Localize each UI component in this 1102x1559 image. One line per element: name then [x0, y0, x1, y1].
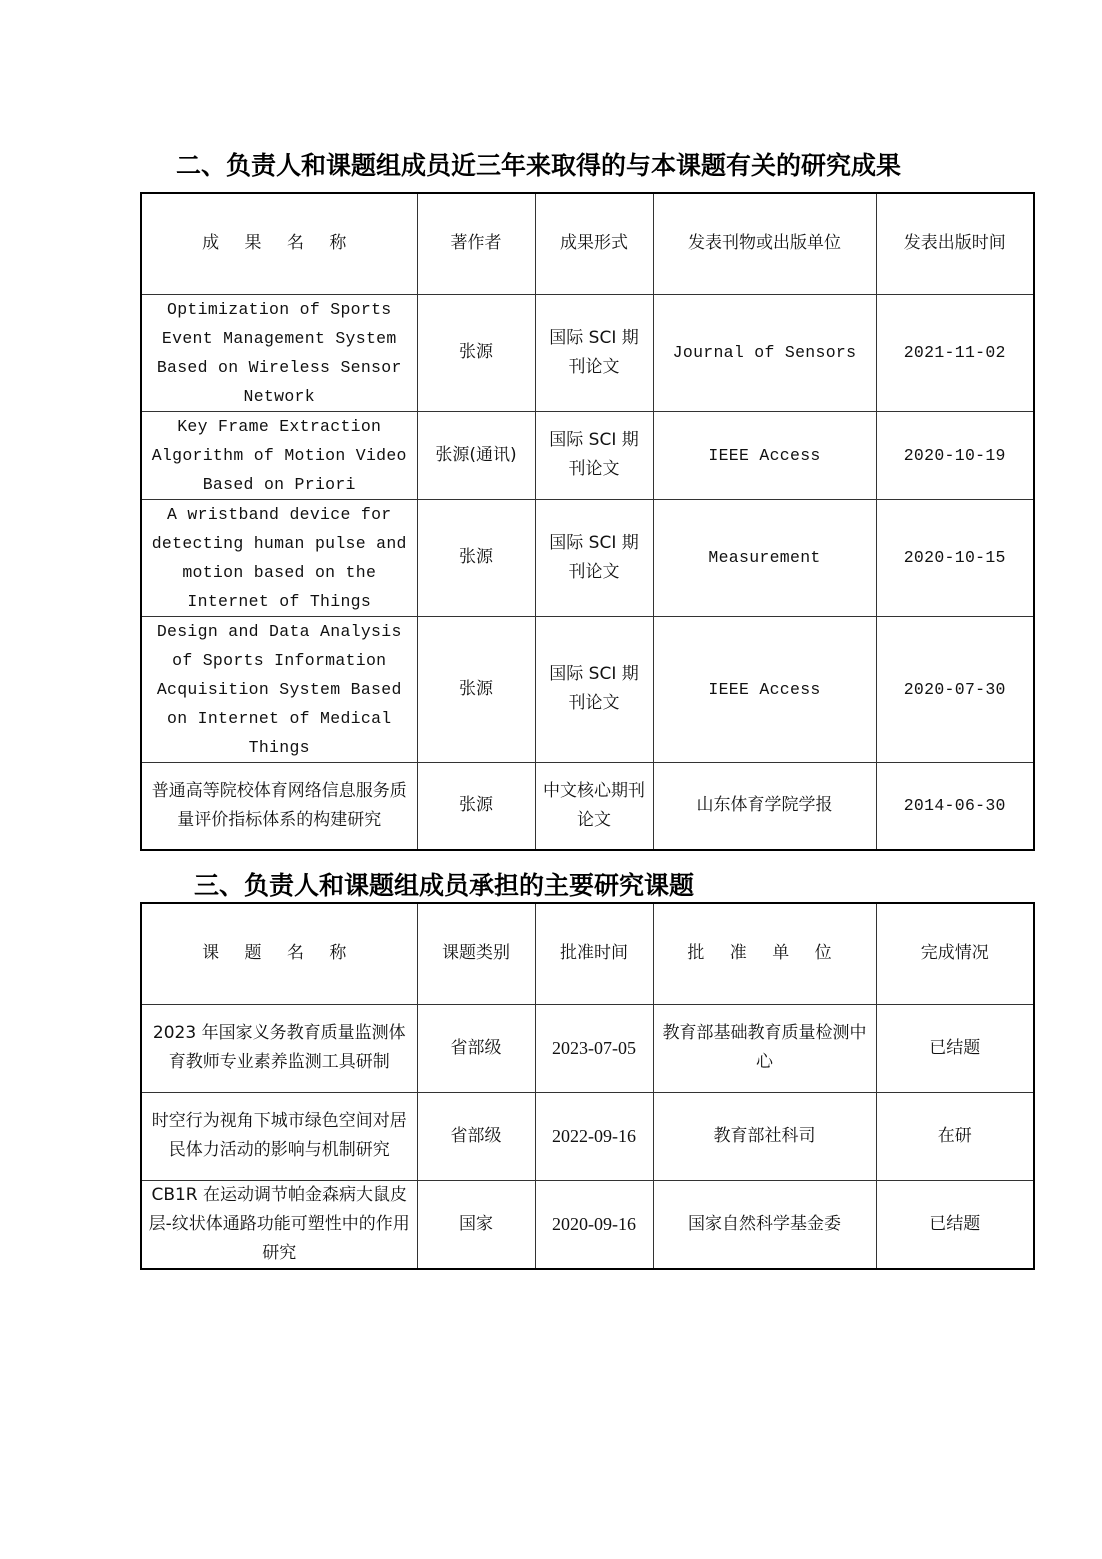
research-results-table: 成 果 名 称 著作者 成果形式 发表刊物或出版单位 发表出版时间 Optimi…: [140, 192, 1035, 851]
project-category: 国家: [417, 1180, 535, 1269]
result-author: 张源: [417, 294, 535, 411]
project-date: 2020-09-16: [535, 1180, 653, 1269]
result-form: 国际 SCI 期刊论文: [535, 499, 653, 616]
table-header-row: 课 题 名 称 课题类别 批准时间 批 准 单 位 完成情况: [141, 903, 1034, 1004]
result-venue: Journal of Sensors: [653, 294, 876, 411]
project-unit: 教育部基础教育质量检测中心: [653, 1004, 876, 1092]
result-author: 张源(通讯): [417, 411, 535, 499]
result-name: Key Frame Extraction Algorithm of Motion…: [141, 411, 417, 499]
project-unit: 教育部社科司: [653, 1092, 876, 1180]
result-name: Design and Data Analysis of Sports Infor…: [141, 616, 417, 762]
result-name: 普通高等院校体育网络信息服务质量评价指标体系的构建研究: [141, 762, 417, 850]
result-date: 2014-06-30: [876, 762, 1034, 850]
result-form: 国际 SCI 期刊论文: [535, 294, 653, 411]
project-date: 2023-07-05: [535, 1004, 653, 1092]
result-author: 张源: [417, 616, 535, 762]
column-header-approval-unit: 批 准 单 位: [653, 903, 876, 1004]
result-name: Optimization of Sports Event Management …: [141, 294, 417, 411]
result-venue: Measurement: [653, 499, 876, 616]
table-row: 普通高等院校体育网络信息服务质量评价指标体系的构建研究 张源 中文核心期刊论文 …: [141, 762, 1034, 850]
result-name: A wristband device for detecting human p…: [141, 499, 417, 616]
project-name: 2023 年国家义务教育质量监测体育教师专业素养监测工具研制: [141, 1004, 417, 1092]
result-date: 2021-11-02: [876, 294, 1034, 411]
table-row: 时空行为视角下城市绿色空间对居民体力活动的影响与机制研究 省部级 2022-09…: [141, 1092, 1034, 1180]
project-status: 已结题: [876, 1180, 1034, 1269]
column-header-form: 成果形式: [535, 193, 653, 294]
result-venue: IEEE Access: [653, 411, 876, 499]
result-form: 国际 SCI 期刊论文: [535, 616, 653, 762]
result-form: 国际 SCI 期刊论文: [535, 411, 653, 499]
column-header-approval-date: 批准时间: [535, 903, 653, 1004]
project-status: 在研: [876, 1092, 1034, 1180]
project-category: 省部级: [417, 1092, 535, 1180]
table-row: CB1R 在运动调节帕金森病大鼠皮层-纹状体通路功能可塑性中的作用研究 国家 2…: [141, 1180, 1034, 1269]
table-row: Key Frame Extraction Algorithm of Motion…: [141, 411, 1034, 499]
result-date: 2020-07-30: [876, 616, 1034, 762]
result-date: 2020-10-15: [876, 499, 1034, 616]
project-date: 2022-09-16: [535, 1092, 653, 1180]
table-row: Optimization of Sports Event Management …: [141, 294, 1034, 411]
project-unit: 国家自然科学基金委: [653, 1180, 876, 1269]
column-header-category: 课题类别: [417, 903, 535, 1004]
research-projects-table: 课 题 名 称 课题类别 批准时间 批 准 单 位 完成情况 2023 年国家义…: [140, 902, 1035, 1270]
table-row: A wristband device for detecting human p…: [141, 499, 1034, 616]
project-category: 省部级: [417, 1004, 535, 1092]
column-header-author: 著作者: [417, 193, 535, 294]
column-header-name: 成 果 名 称: [141, 193, 417, 294]
column-header-status: 完成情况: [876, 903, 1034, 1004]
result-form: 中文核心期刊论文: [535, 762, 653, 850]
project-name: 时空行为视角下城市绿色空间对居民体力活动的影响与机制研究: [141, 1092, 417, 1180]
table-row: 2023 年国家义务教育质量监测体育教师专业素养监测工具研制 省部级 2023-…: [141, 1004, 1034, 1092]
section-title-research-results: 二、负责人和课题组成员近三年来取得的与本课题有关的研究成果: [176, 146, 901, 182]
column-header-date: 发表出版时间: [876, 193, 1034, 294]
project-name: CB1R 在运动调节帕金森病大鼠皮层-纹状体通路功能可塑性中的作用研究: [141, 1180, 417, 1269]
column-header-project-name: 课 题 名 称: [141, 903, 417, 1004]
result-venue: IEEE Access: [653, 616, 876, 762]
table-row: Design and Data Analysis of Sports Infor…: [141, 616, 1034, 762]
section-title-research-projects: 三、负责人和课题组成员承担的主要研究课题: [194, 866, 694, 902]
result-author: 张源: [417, 499, 535, 616]
result-author: 张源: [417, 762, 535, 850]
project-status: 已结题: [876, 1004, 1034, 1092]
table-header-row: 成 果 名 称 著作者 成果形式 发表刊物或出版单位 发表出版时间: [141, 193, 1034, 294]
result-date: 2020-10-19: [876, 411, 1034, 499]
column-header-venue: 发表刊物或出版单位: [653, 193, 876, 294]
result-venue: 山东体育学院学报: [653, 762, 876, 850]
